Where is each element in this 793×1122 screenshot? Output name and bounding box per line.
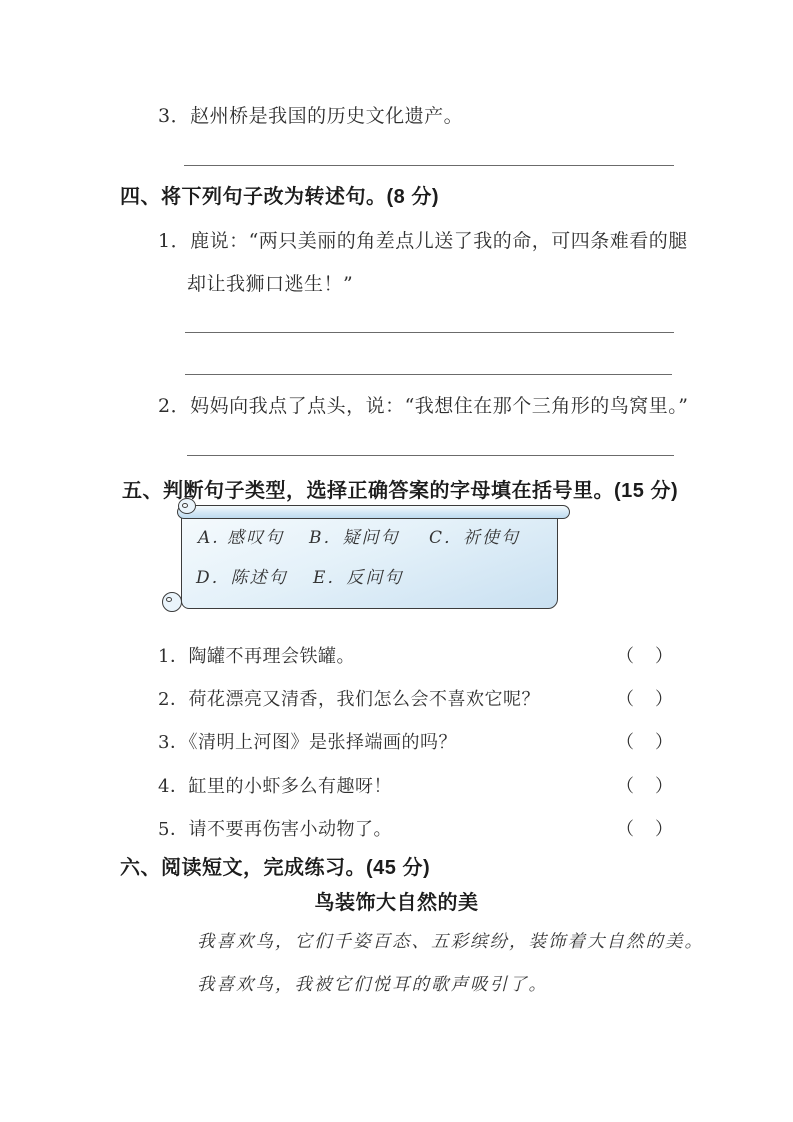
option-e: E．反问句 (313, 563, 403, 588)
judge-item-3-text: 3．《清明上河图》是张择端画的吗？ (158, 733, 457, 754)
judge-item-1-text: 1．陶罐不再理会铁罐。 (158, 647, 355, 668)
bracket-close: ） (655, 820, 674, 841)
passage-line-2: 我喜欢鸟，我被它们悦耳的歌声吸引了。 (197, 975, 548, 995)
worksheet-page: 3．赵州桥是我国的历史文化遗产。 四、将下列句子改为转述句。(8 分) 1．鹿说… (0, 0, 793, 1122)
section-five-heading: 五、判断句子类型，选择正确答案的字母填在括号里。(15 分) (122, 480, 678, 503)
bracket-open: （ (616, 647, 635, 668)
scroll-body: A. 感叹句 B．疑问句 C．祈使句 D．陈述句 E．反问句 (181, 513, 558, 609)
answer-blank-line (185, 374, 672, 375)
passage-line-1: 我喜欢鸟，它们千姿百态、五彩缤纷，装饰着大自然的美。 (197, 932, 704, 952)
bracket-open: （ (616, 777, 635, 798)
answer-blank-line (187, 455, 674, 456)
judge-item-5-text: 5．请不要再伤害小动物了。 (158, 820, 392, 841)
scroll-bottom-left-curl-icon (162, 592, 182, 612)
section-six-heading: 六、阅读短文，完成练习。(45 分) (120, 857, 430, 880)
judge-item-2-text: 2．荷花漂亮又清香，我们怎么会不喜欢它呢？ (158, 690, 540, 711)
bracket-close: ） (655, 777, 674, 798)
option-a: A. 感叹句 (198, 523, 284, 548)
section-four-q1-line2: 却让我狮口逃生！” (187, 274, 353, 296)
scroll-top-bar (177, 505, 570, 519)
option-b: B．疑问句 (309, 523, 400, 548)
scroll-top-left-curl-icon (178, 498, 196, 514)
bracket-close: ） (655, 690, 674, 711)
judge-item-4-text: 4．缸里的小虾多么有趣呀！ (158, 777, 392, 798)
bracket-close: ） (655, 733, 674, 754)
section-four-q2-text: 2．妈妈向我点了点头，说：“我想住在那个三角形的鸟窝里。” (158, 396, 689, 418)
bracket-open: （ (616, 733, 635, 754)
section-four-heading: 四、将下列句子改为转述句。(8 分) (120, 186, 439, 209)
bracket-close: ） (655, 647, 674, 668)
question-item-3-text: 3．赵州桥是我国的历史文化遗产。 (158, 106, 463, 128)
curl-spiral (166, 597, 172, 602)
bracket-open: （ (616, 690, 635, 711)
bracket-open: （ (616, 820, 635, 841)
answer-blank-line (185, 332, 674, 333)
option-d: D．陈述句 (196, 563, 288, 588)
curl-spiral (182, 503, 188, 508)
passage-title: 鸟装饰大自然的美 (0, 892, 793, 915)
option-c: C．祈使句 (429, 523, 520, 548)
section-four-q1-line1: 1．鹿说：“两只美丽的角差点儿送了我的命，可四条难看的腿 (158, 231, 688, 253)
answer-blank-line (184, 165, 674, 166)
